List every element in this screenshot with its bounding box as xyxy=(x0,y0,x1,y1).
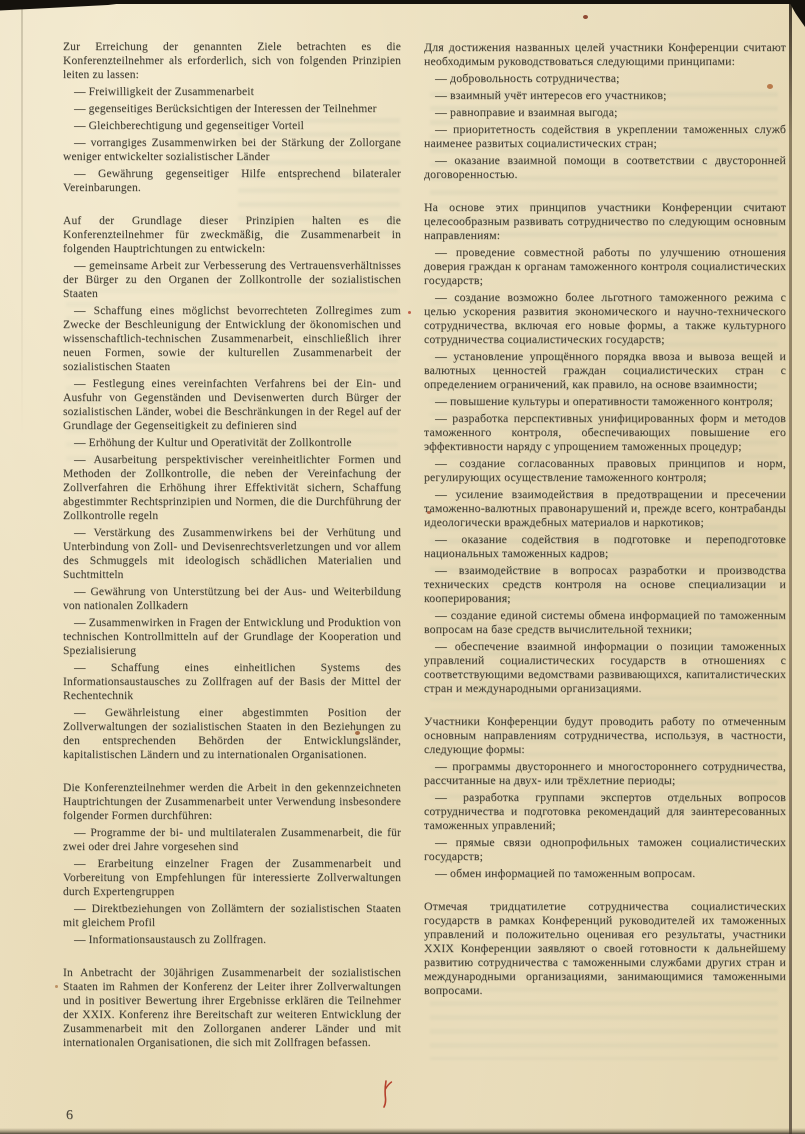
list-item: — Gleichberechtigung und gegenseitiger V… xyxy=(63,119,401,133)
gutter-shade xyxy=(792,0,805,1134)
list-item: — Festlegung eines vereinfachten Verfahr… xyxy=(63,377,401,433)
list-item: — создание согласованных правовых принци… xyxy=(424,456,786,484)
list-item: — Freiwilligkeit der Zusammenarbeit xyxy=(63,85,401,99)
list-item: — Ausarbeitung perspektivischer vereinhe… xyxy=(63,453,401,523)
paragraph: Die Konferenzteilnehmer werden die Arbei… xyxy=(63,781,401,823)
list-item: — Gewährung gegenseitiger Hilfe entsprec… xyxy=(63,167,401,195)
list-item: — gemeinsame Arbeit zur Verbesserung des… xyxy=(63,259,401,301)
gutter-edge-line xyxy=(789,0,792,1134)
ink-speck xyxy=(427,511,431,514)
list-item: — Zusammenwirken in Fragen der Entwicklu… xyxy=(63,616,401,658)
list-item: — обмен информацией по таможенным вопрос… xyxy=(424,866,786,880)
list-item: — программы двустороннего и многосторонн… xyxy=(424,759,786,787)
list-item: — обеспечение взаимной информации о пози… xyxy=(424,639,786,695)
paragraph: На основе этих принципов участники Конфе… xyxy=(424,200,786,242)
list-item: — создание единой системы обмена информа… xyxy=(424,608,786,636)
list-item: — vorrangiges Zusammenwirken bei der Stä… xyxy=(63,136,401,164)
list-item: — создание возможно более льготного тамо… xyxy=(424,290,786,346)
list-item: — Verstärkung des Zusammenwirkens bei de… xyxy=(63,526,401,582)
red-ink-mark xyxy=(378,1080,394,1108)
list-item: — усиление взаимодействия в предотвращен… xyxy=(424,487,786,529)
page-number: 6 xyxy=(66,1108,73,1124)
list-item: — разработка перспективных унифицированн… xyxy=(424,411,786,453)
list-item: — прямые связи однопрофильных таможен со… xyxy=(424,835,786,863)
paragraph: Отмечая тридцатилетие сотрудничества соц… xyxy=(424,899,786,997)
column-russian-text: Для достижения названных целей участники… xyxy=(424,40,786,997)
list-item: — Programme der bi- und multilateralen Z… xyxy=(63,826,401,854)
list-item: — взаимодействие в вопросах разработки и… xyxy=(424,563,786,605)
list-item: — Schaffung eines einheitlichen Systems … xyxy=(63,661,401,703)
paragraph: In Anbetracht der 30jährigen Zusammenarb… xyxy=(63,966,401,1050)
ink-speck xyxy=(583,15,588,19)
column-german-text: Zur Erreichung der genannten Ziele betra… xyxy=(63,40,401,1050)
paragraph: Zur Erreichung der genannten Ziele betra… xyxy=(63,40,401,82)
list-item: — Gewährleistung einer abgestimmten Posi… xyxy=(63,706,401,762)
list-item: — Informationsaustausch zu Zollfragen. xyxy=(63,933,401,947)
list-item: — проведение совместной работы по улучше… xyxy=(424,245,786,287)
list-item: — Gewährung von Unterstützung bei der Au… xyxy=(63,585,401,613)
list-item: — Direktbeziehungen von Zollämtern der s… xyxy=(63,902,401,930)
list-item: — оказание содействия в подготовке и пер… xyxy=(424,532,786,560)
list-item: — взаимный учёт интересов его участников… xyxy=(424,88,786,102)
ink-speck xyxy=(55,985,58,988)
paragraph: Auf der Grundlage dieser Prinzipien halt… xyxy=(63,214,401,256)
binding-crease xyxy=(21,6,23,436)
page-bottom-edge xyxy=(0,1128,805,1134)
ink-speck xyxy=(767,84,773,89)
list-item: — установление упрощённого порядка ввоза… xyxy=(424,349,786,391)
list-item: — Erarbeitung einzelner Fragen der Zusam… xyxy=(63,857,401,899)
list-item: — разработка группами экспертов отдельны… xyxy=(424,790,786,832)
list-item: — приоритетность содействия в укреплении… xyxy=(424,122,786,150)
paragraph: Участники Конференции будут проводить ра… xyxy=(424,714,786,756)
scanned-page: Zur Erreichung der genannten Ziele betra… xyxy=(0,0,805,1134)
list-item: — Erhöhung der Kultur und Operativität d… xyxy=(63,436,401,450)
ink-speck xyxy=(408,311,411,314)
paragraph: Для достижения названных целей участники… xyxy=(424,40,786,68)
list-item: — gegenseitiges Berücksichtigen der Inte… xyxy=(63,102,401,116)
list-item: — добровольность сотрудничества; xyxy=(424,71,786,85)
list-item: — равноправие и взаимная выгода; xyxy=(424,105,786,119)
list-item: — оказание взаимной помощи в соответстви… xyxy=(424,153,786,181)
list-item: — повышение культуры и оперативности там… xyxy=(424,394,786,408)
list-item: — Schaffung eines möglichst bevorrechtet… xyxy=(63,304,401,374)
ink-speck xyxy=(355,731,360,735)
